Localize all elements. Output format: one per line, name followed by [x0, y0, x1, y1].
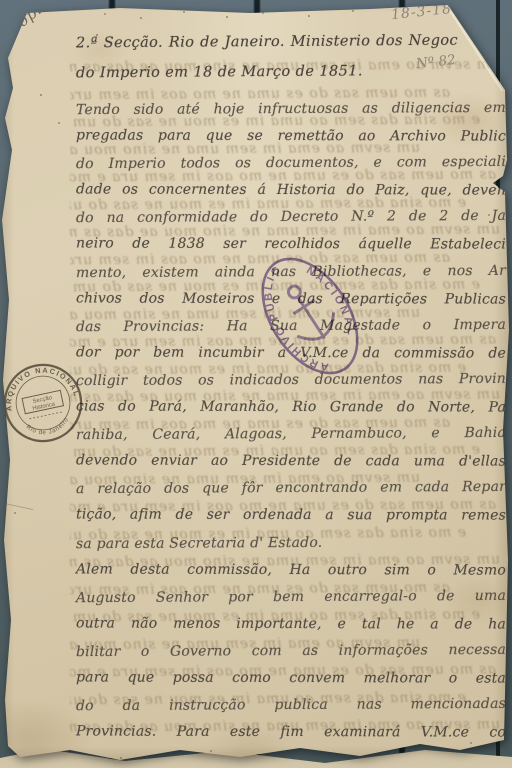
paper-speck [140, 17, 142, 19]
heading-line: do Imperio em 18 de Março de 1851. [76, 56, 458, 89]
paper-speck [120, 757, 122, 759]
paper-speck [226, 16, 228, 18]
document-body: Tendo sido até hoje infructuosas as dili… [76, 96, 506, 746]
paper-speck [96, 34, 98, 36]
manuscript-line: para que possa como convem melhorar o es… [76, 664, 506, 692]
copia-annotation: Copia [4, 0, 54, 38]
edge-crack [0, 502, 33, 510]
paper-speck [58, 122, 60, 124]
manuscript-line: pregadas para que se remettão ao Archivo… [76, 123, 506, 151]
manuscript-line: a relação dos que fôr encontrando em cad… [76, 474, 506, 503]
paper-speck [183, 11, 185, 13]
heading-line: 2.ª Secção. Rio de Janeiro. Ministerio d… [76, 26, 458, 59]
arquivo-nacional-stamp: ARQUIVO NACIONAL Rio de Janeiro Secção H… [0, 354, 92, 451]
manuscript-line: devendo enviar ao Presidente de cada uma… [76, 448, 506, 476]
manuscript-line: Provincias. Para este fim examinará V.M.… [76, 719, 506, 747]
manuscript-line: outra não menos importante, e tal he a d… [76, 610, 506, 638]
paper-speck [104, 13, 106, 15]
manuscript-page-wrap: um sevm ao ema im sem uma ne sino mou ae… [0, 0, 512, 768]
paper-speck [470, 742, 472, 744]
document-heading: 2.ª Secção. Rio de Janeiro. Ministerio d… [76, 27, 458, 87]
paper-speck [308, 15, 310, 17]
manuscript-line: do Imperio todos os documentos, e com es… [76, 149, 506, 178]
paper-speck [488, 214, 490, 216]
manuscript-line: bilitar o Governo com as informações nec… [76, 637, 506, 666]
manuscript-line: dade os concernentes á Historia do Paiz,… [76, 177, 506, 205]
svg-text:Rio de Janeiro: Rio de Janeiro [24, 416, 73, 441]
paper-speck [262, 12, 264, 14]
paper-speck [40, 94, 42, 96]
manuscript-line: tição, afim de ser ordenada a sua prompt… [76, 502, 506, 530]
scanned-manuscript-scene: um sevm ao ema im sem uma ne sino mou ae… [0, 0, 512, 768]
paper-speck [210, 750, 212, 752]
manuscript-line: sa para esta Secretaria d' Estado. [76, 528, 506, 557]
paper-speck [330, 754, 332, 756]
manuscript-line: Augusto Senhor por bem encarregal-o de u… [76, 583, 506, 612]
paper-speck [14, 512, 16, 514]
manuscript-line: Tendo sido até hoje infructuosas as dili… [76, 95, 506, 124]
manuscript-page: um sevm ao ema im sem uma ne sino mou ae… [0, 0, 512, 768]
manuscript-line: do da instrucção publica nas mencionadas [76, 691, 506, 720]
manuscript-line: Alem desta commissão, Ha outro sim o Mes… [76, 556, 506, 584]
manuscript-line: rahiba, Ceará, Alagoas, Pernambuco, e Ba… [76, 420, 506, 449]
paper-speck [352, 10, 354, 12]
archival-date-annotation: 18-3-1851 [390, 0, 472, 23]
